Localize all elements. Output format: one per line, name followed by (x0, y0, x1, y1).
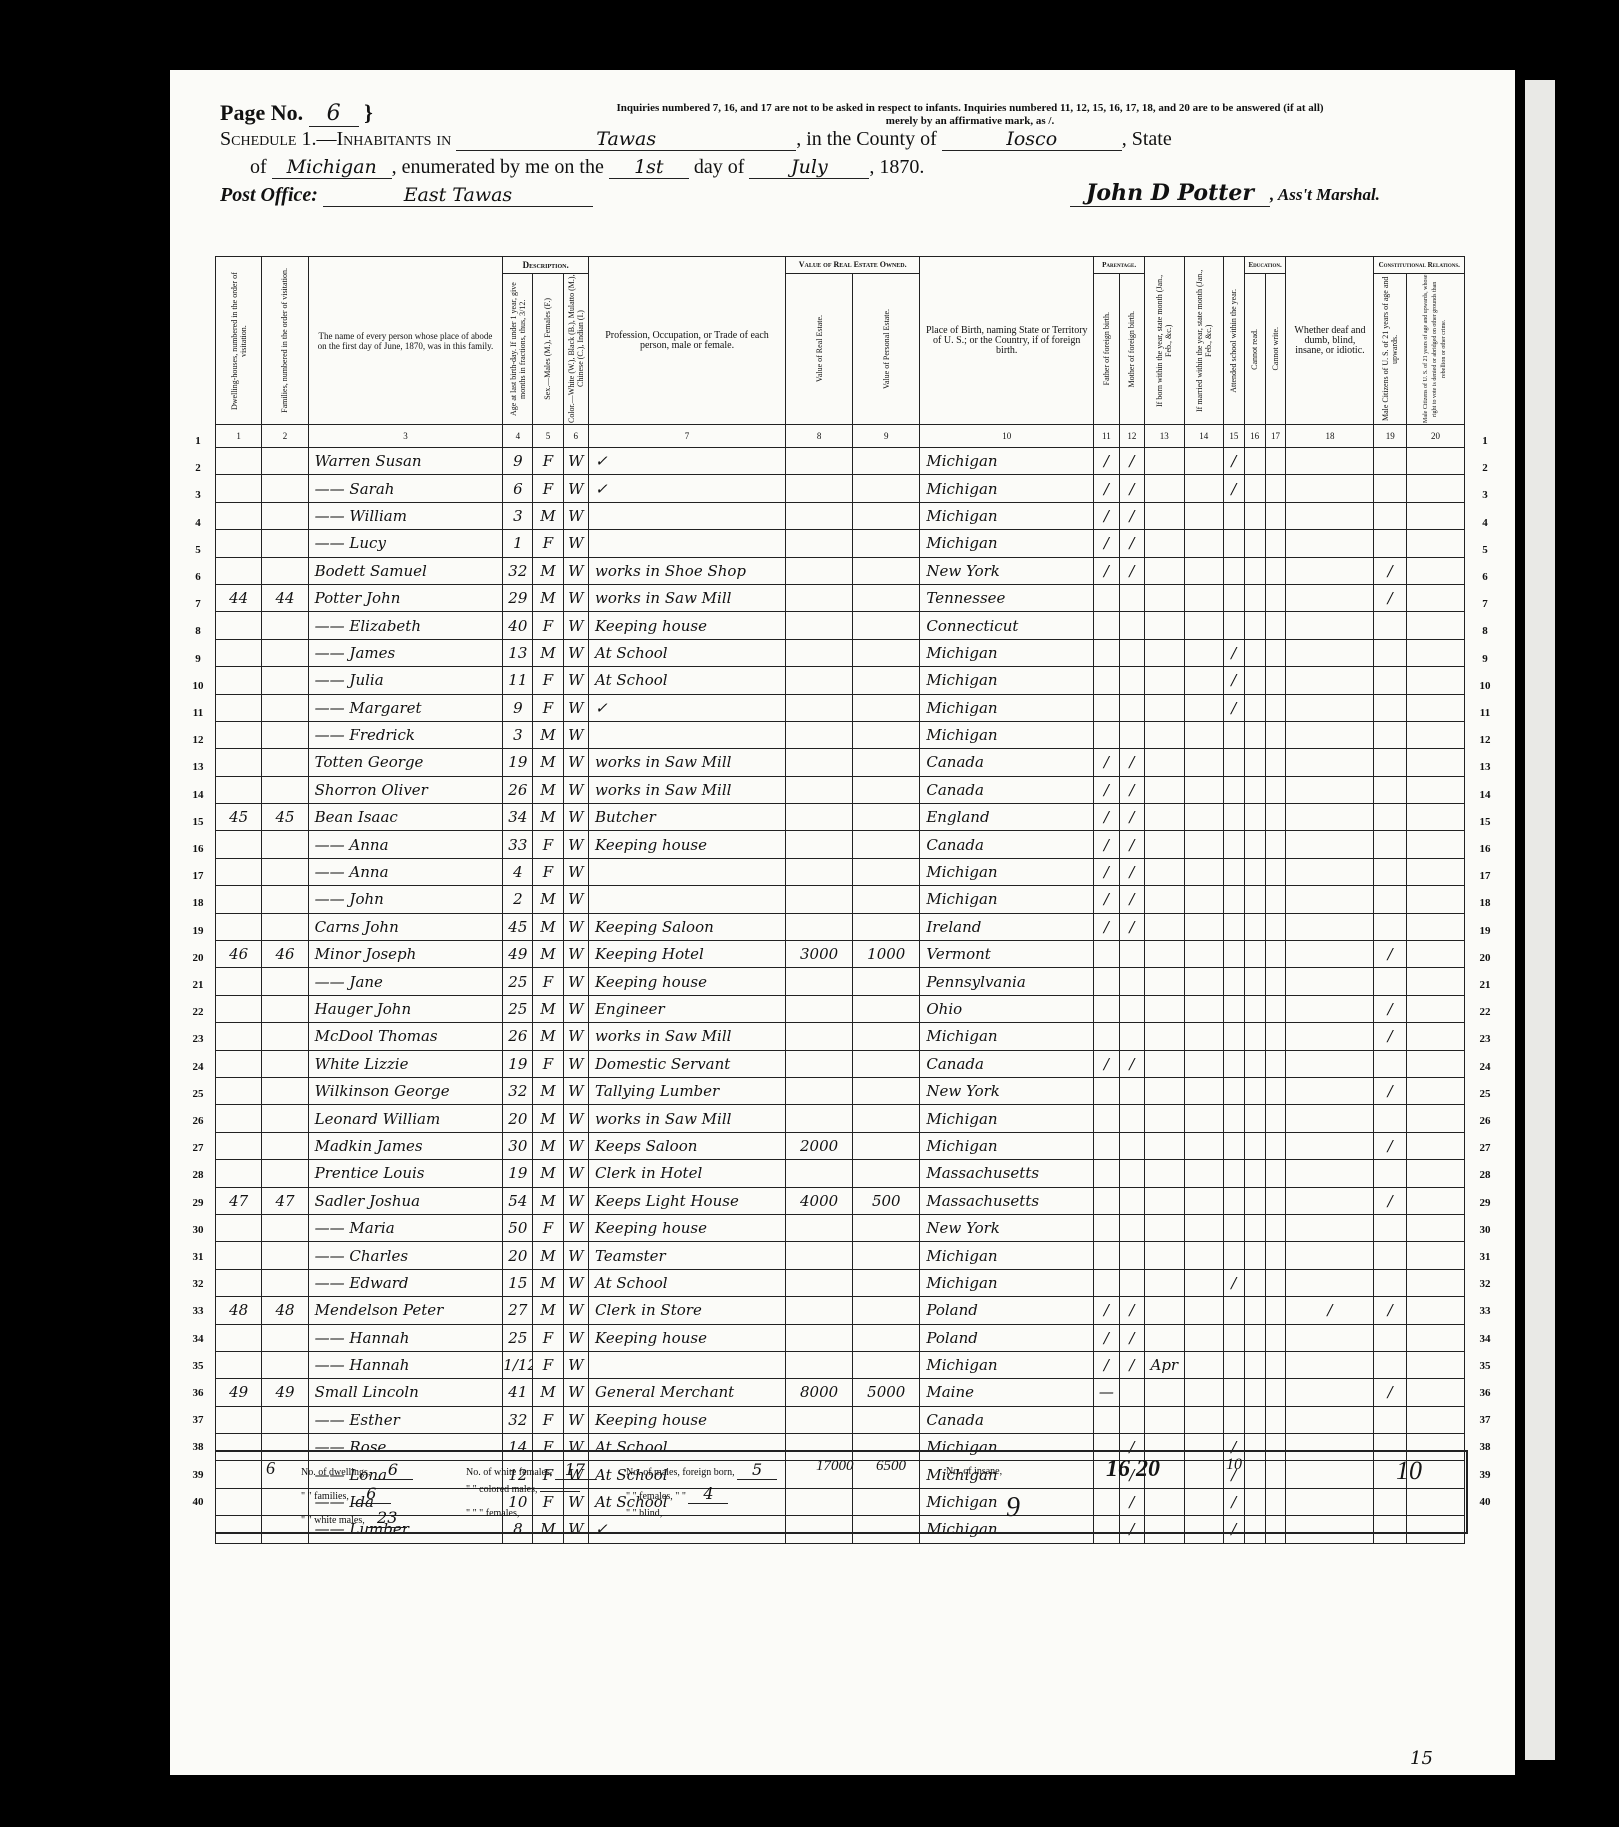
disability (1286, 968, 1374, 995)
male-citizen: / (1374, 557, 1406, 584)
disability (1286, 530, 1374, 557)
census-row: —— Julia11FWAt SchoolMichigan/ (216, 667, 1465, 694)
cannot-write (1265, 1324, 1286, 1351)
vote-denied (1406, 1269, 1464, 1296)
disability (1286, 858, 1374, 885)
dwelling-number (216, 475, 262, 502)
age: 25 (503, 995, 533, 1022)
father-foreign (1094, 1023, 1119, 1050)
mother-foreign (1119, 1269, 1144, 1296)
column-number: 13 (1145, 425, 1184, 448)
year-label: , 1870. (869, 156, 924, 178)
family-number (262, 530, 308, 557)
married-month (1184, 721, 1223, 748)
birthplace: Maine (920, 1379, 1094, 1406)
row-number-left: 4 (188, 517, 208, 529)
cannot-write (1265, 530, 1286, 557)
mother-foreign: / (1119, 1351, 1144, 1378)
mother-foreign: / (1119, 776, 1144, 803)
attended-school (1223, 1379, 1244, 1406)
person-name: —— Jane (308, 968, 503, 995)
attended-school (1223, 1050, 1244, 1077)
attended-school (1223, 831, 1244, 858)
row-number-right: 19 (1475, 925, 1495, 937)
row-number-right: 2 (1475, 462, 1495, 474)
inquiry-note-line1: Inquiries numbered 7, 16, and 17 are not… (460, 102, 1480, 115)
month-field: July (749, 156, 869, 179)
person-name: —— James (308, 639, 503, 666)
person-name: —— Edward (308, 1269, 503, 1296)
born-month (1145, 804, 1184, 831)
mother-foreign (1119, 941, 1144, 968)
person-name: Warren Susan (308, 448, 503, 475)
color: W (563, 749, 589, 776)
census-row: —— William3MWMichigan// (216, 502, 1465, 529)
father-foreign (1094, 584, 1119, 611)
father-foreign (1094, 941, 1119, 968)
attended-school (1223, 584, 1244, 611)
row-number-right: 36 (1475, 1387, 1495, 1399)
vote-denied (1406, 1023, 1464, 1050)
row-number-left: 18 (188, 897, 208, 909)
vote-denied (1406, 475, 1464, 502)
row-number-right: 27 (1475, 1142, 1495, 1154)
attended-school (1223, 886, 1244, 913)
occupation: Teamster (589, 1242, 786, 1269)
disability (1286, 639, 1374, 666)
col16-header: Cannot read. (1244, 274, 1265, 425)
father-foreign: / (1094, 1297, 1119, 1324)
born-month (1145, 1077, 1184, 1104)
col6-header: Color.—White (W.), Black (B.), Mulatto (… (563, 274, 589, 425)
male-citizen: / (1374, 1023, 1406, 1050)
family-number (262, 831, 308, 858)
cannot-read (1244, 941, 1265, 968)
attended-school: / (1223, 448, 1244, 475)
insane-count: No. of insane, (946, 1466, 1002, 1477)
col8-header: Value of Real Estate. (785, 274, 852, 425)
color: W (563, 968, 589, 995)
father-foreign: / (1094, 475, 1119, 502)
family-number (262, 1077, 308, 1104)
attended-school (1223, 530, 1244, 557)
census-row: —— Anna4FWMichigan// (216, 858, 1465, 885)
birthplace: Ireland (920, 913, 1094, 940)
personal-estate-total: 6500 (876, 1458, 906, 1475)
column-number: 8 (785, 425, 852, 448)
person-name: —— Hannah (308, 1351, 503, 1378)
born-month (1145, 584, 1184, 611)
real-estate-value (785, 1023, 852, 1050)
sex: M (533, 1105, 563, 1132)
mother-foreign: / (1119, 557, 1144, 584)
father-foreign (1094, 694, 1119, 721)
cannot-write (1265, 557, 1286, 584)
row-number-right: 11 (1475, 707, 1495, 719)
cannot-write (1265, 968, 1286, 995)
real-estate-value (785, 1351, 852, 1378)
census-row: —— John2MWMichigan// (216, 886, 1465, 913)
person-name: —— Elizabeth (308, 612, 503, 639)
dwelling-number (216, 667, 262, 694)
dwelling-number (216, 749, 262, 776)
age: 19 (503, 1160, 533, 1187)
birthplace: Michigan (920, 530, 1094, 557)
census-row: —— Elizabeth40FWKeeping houseConnecticut (216, 612, 1465, 639)
family-number: 49 (262, 1379, 308, 1406)
col12-header: Mother of foreign birth. (1119, 274, 1144, 425)
disability (1286, 1187, 1374, 1214)
real-estate-value (785, 1297, 852, 1324)
age: 19 (503, 1050, 533, 1077)
cannot-write (1265, 639, 1286, 666)
mother-foreign: / (1119, 475, 1144, 502)
family-number (262, 1324, 308, 1351)
personal-estate-value (853, 1242, 920, 1269)
page-stamp: 15 (1410, 1748, 1433, 1769)
dwelling-number (216, 1351, 262, 1378)
cannot-read (1244, 913, 1265, 940)
row-number-right: 7 (1475, 598, 1495, 610)
married-month (1184, 475, 1223, 502)
column-number: 20 (1406, 425, 1464, 448)
dwelling-number: 46 (216, 941, 262, 968)
color: W (563, 1132, 589, 1159)
sex: F (533, 475, 563, 502)
family-number (262, 1160, 308, 1187)
white-males-count: " " white males, 23 (301, 1508, 407, 1528)
row-number-left: 36 (188, 1387, 208, 1399)
col2-header: Families, numbered in the order of visit… (262, 257, 308, 425)
personal-estate-value (853, 1132, 920, 1159)
vote-denied (1406, 694, 1464, 721)
vote-denied (1406, 557, 1464, 584)
attended-school (1223, 804, 1244, 831)
person-name: —— Anna (308, 831, 503, 858)
row-number-left: 15 (188, 816, 208, 828)
census-row: Hauger John25MWEngineerOhio/ (216, 995, 1465, 1022)
cannot-write (1265, 941, 1286, 968)
dwelling-number (216, 448, 262, 475)
census-row: —— James13MWAt SchoolMichigan/ (216, 639, 1465, 666)
cannot-read (1244, 1077, 1265, 1104)
marshal-label: , Ass't Marshal. (1270, 185, 1380, 204)
age: 32 (503, 1077, 533, 1104)
born-month (1145, 1324, 1184, 1351)
occupation: works in Saw Mill (589, 749, 786, 776)
family-number (262, 995, 308, 1022)
age: 33 (503, 831, 533, 858)
male-citizen: / (1374, 1187, 1406, 1214)
cannot-write (1265, 1351, 1286, 1378)
person-name: —— Margaret (308, 694, 503, 721)
census-row: Leonard William20MWworks in Saw MillMich… (216, 1105, 1465, 1132)
dwelling-number (216, 612, 262, 639)
cannot-read (1244, 1406, 1265, 1433)
dwelling-number (216, 858, 262, 885)
sex: F (533, 667, 563, 694)
row-number-left: 35 (188, 1360, 208, 1372)
row-number-left: 30 (188, 1224, 208, 1236)
dwelling-number (216, 639, 262, 666)
married-month (1184, 1050, 1223, 1077)
column-number: 12 (1119, 425, 1144, 448)
born-month (1145, 530, 1184, 557)
mother-foreign: / (1119, 502, 1144, 529)
cannot-read (1244, 530, 1265, 557)
cannot-read (1244, 1187, 1265, 1214)
dwelling-number (216, 694, 262, 721)
personal-estate-value (853, 886, 920, 913)
census-row: —— Sarah6FW✓Michigan/// (216, 475, 1465, 502)
state-field: Michigan (272, 156, 392, 179)
person-name: Mendelson Peter (308, 1297, 503, 1324)
occupation: Keeping house (589, 1406, 786, 1433)
dwelling-number (216, 1406, 262, 1433)
color: W (563, 995, 589, 1022)
born-month (1145, 968, 1184, 995)
sex: F (533, 831, 563, 858)
occupation: Clerk in Hotel (589, 1160, 786, 1187)
real-estate-value (785, 1324, 852, 1351)
vote-denied (1406, 858, 1464, 885)
census-row: White Lizzie19FWDomestic ServantCanada// (216, 1050, 1465, 1077)
disability (1286, 1269, 1374, 1296)
father-foreign: / (1094, 1324, 1119, 1351)
column-number: 3 (308, 425, 503, 448)
personal-estate-value (853, 1160, 920, 1187)
real-estate-value (785, 913, 852, 940)
row-number-right: 37 (1475, 1414, 1495, 1426)
cannot-read (1244, 995, 1265, 1022)
attended-school: / (1223, 667, 1244, 694)
born-month (1145, 1023, 1184, 1050)
family-number (262, 1242, 308, 1269)
age: 20 (503, 1242, 533, 1269)
born-month (1145, 913, 1184, 940)
census-row: 4646Minor Joseph49MWKeeping Hotel3000100… (216, 941, 1465, 968)
family-number (262, 776, 308, 803)
male-citizen (1374, 1324, 1406, 1351)
color: W (563, 667, 589, 694)
color: W (563, 612, 589, 639)
cannot-read (1244, 502, 1265, 529)
sex: M (533, 1269, 563, 1296)
attended-school (1223, 1242, 1244, 1269)
dwelling-number: 48 (216, 1297, 262, 1324)
disability (1286, 584, 1374, 611)
birthplace: Canada (920, 1406, 1094, 1433)
vote-denied (1406, 941, 1464, 968)
attended-school: / (1223, 639, 1244, 666)
born-month (1145, 995, 1184, 1022)
col19-header: Male Citizens of U. S. of 21 years of ag… (1374, 274, 1406, 425)
row-number-right: 12 (1475, 734, 1495, 746)
birthplace: Michigan (920, 886, 1094, 913)
married-month (1184, 639, 1223, 666)
disability (1286, 913, 1374, 940)
occupation (589, 858, 786, 885)
county-field: Iosco (942, 128, 1122, 151)
attended-school (1223, 968, 1244, 995)
birthplace: Canada (920, 776, 1094, 803)
person-name: Bean Isaac (308, 804, 503, 831)
age: 26 (503, 776, 533, 803)
occupation: works in Saw Mill (589, 1023, 786, 1050)
cannot-read (1244, 1379, 1265, 1406)
age: 6 (503, 475, 533, 502)
married-month (1184, 1379, 1223, 1406)
row-number-right: 4 (1475, 517, 1495, 529)
cannot-read (1244, 831, 1265, 858)
personal-estate-value (853, 995, 920, 1022)
attended-school (1223, 995, 1244, 1022)
row-number-left: 40 (188, 1496, 208, 1508)
row-number-right: 28 (1475, 1169, 1495, 1181)
page-number-value: 6 (309, 101, 359, 127)
real-estate-value (785, 557, 852, 584)
attended-school: / (1223, 475, 1244, 502)
vote-denied (1406, 831, 1464, 858)
row-number-left: 1 (188, 435, 208, 447)
sex: F (533, 1324, 563, 1351)
age: 25 (503, 1324, 533, 1351)
cannot-read (1244, 1297, 1265, 1324)
personal-estate-value (853, 776, 920, 803)
sex: F (533, 968, 563, 995)
disability (1286, 1023, 1374, 1050)
personal-estate-value (853, 1269, 920, 1296)
real-estate-value: 4000 (785, 1187, 852, 1214)
family-number (262, 557, 308, 584)
personal-estate-value: 500 (853, 1187, 920, 1214)
color: W (563, 1160, 589, 1187)
age: 50 (503, 1214, 533, 1241)
male-citizen (1374, 886, 1406, 913)
male-citizen (1374, 475, 1406, 502)
born-month: Apr (1145, 1351, 1184, 1378)
born-month (1145, 557, 1184, 584)
person-name: —— Hannah (308, 1324, 503, 1351)
male-citizen (1374, 858, 1406, 885)
vote-denied (1406, 612, 1464, 639)
real-estate-value (785, 721, 852, 748)
vote-denied (1406, 448, 1464, 475)
birthplace: Michigan (920, 1023, 1094, 1050)
age: 1 (503, 530, 533, 557)
schedule-line: Schedule 1.—Inhabitants in Tawas, in the… (220, 128, 1172, 151)
dwelling-number (216, 721, 262, 748)
color: W (563, 1077, 589, 1104)
person-name: Wilkinson George (308, 1077, 503, 1104)
born-month (1145, 941, 1184, 968)
age: 11 (503, 667, 533, 694)
age: 15 (503, 1269, 533, 1296)
row-number-right: 16 (1475, 843, 1495, 855)
row-number-right: 8 (1475, 625, 1495, 637)
cannot-read (1244, 448, 1265, 475)
summary-section: 6 No. of dwellings, 6 " " families, 6 " … (215, 1450, 1468, 1534)
real-estate-total: 17000 (816, 1458, 854, 1475)
mother-foreign (1119, 1214, 1144, 1241)
dwelling-number: 44 (216, 584, 262, 611)
sex: F (533, 530, 563, 557)
census-row: 4545Bean Isaac34MWButcherEngland// (216, 804, 1465, 831)
family-number (262, 1023, 308, 1050)
color: W (563, 1105, 589, 1132)
census-grid: Dwelling-houses, numbered in the order o… (215, 256, 1465, 1544)
mother-foreign: / (1119, 530, 1144, 557)
census-row: McDool Thomas26MWworks in Saw MillMichig… (216, 1023, 1465, 1050)
cannot-write (1265, 1077, 1286, 1104)
father-foreign (1094, 1242, 1119, 1269)
sex: M (533, 913, 563, 940)
birthplace: New York (920, 1214, 1094, 1241)
person-name: —— Maria (308, 1214, 503, 1241)
male-citizen: / (1374, 995, 1406, 1022)
cannot-read (1244, 1105, 1265, 1132)
dwelling-number (216, 995, 262, 1022)
vote-denied (1406, 968, 1464, 995)
father-foreign: / (1094, 804, 1119, 831)
father-foreign: / (1094, 1351, 1119, 1378)
personal-estate-value (853, 1297, 920, 1324)
occupation: Keeping house (589, 831, 786, 858)
vote-denied (1406, 1214, 1464, 1241)
mother-foreign (1119, 1379, 1144, 1406)
real-estate-value (785, 502, 852, 529)
family-number (262, 858, 308, 885)
occupation: works in Saw Mill (589, 1105, 786, 1132)
male-citizen (1374, 1351, 1406, 1378)
occupation: ✓ (589, 475, 786, 502)
father-foreign: — (1094, 1379, 1119, 1406)
marshal-signature: John D Potter (1070, 180, 1270, 207)
row-number-left: 3 (188, 489, 208, 501)
disability (1286, 1214, 1374, 1241)
family-number (262, 667, 308, 694)
male-citizen (1374, 1214, 1406, 1241)
col5-header: Sex.—Males (M.), Females (F.) (533, 274, 563, 425)
disability (1286, 1379, 1374, 1406)
person-name: White Lizzie (308, 1050, 503, 1077)
birthplace: Michigan (920, 1105, 1094, 1132)
vote-denied (1406, 1406, 1464, 1433)
census-row: —— Maria50FWKeeping houseNew York (216, 1214, 1465, 1241)
birthplace: Pennsylvania (920, 968, 1094, 995)
disability: / (1286, 1297, 1374, 1324)
cannot-write (1265, 1105, 1286, 1132)
sex: M (533, 502, 563, 529)
color: W (563, 557, 589, 584)
column-number: 14 (1184, 425, 1223, 448)
occupation: Keeping house (589, 612, 786, 639)
color: W (563, 530, 589, 557)
sex: M (533, 941, 563, 968)
group-header-row: Dwelling-houses, numbered in the order o… (216, 257, 1465, 274)
dwelling-number (216, 530, 262, 557)
occupation: works in Shoe Shop (589, 557, 786, 584)
county-label: , in the County of (796, 128, 937, 150)
father-foreign (1094, 1132, 1119, 1159)
born-month (1145, 1214, 1184, 1241)
married-month (1184, 694, 1223, 721)
disability (1286, 1105, 1374, 1132)
father-foreign: / (1094, 502, 1119, 529)
birthplace: England (920, 804, 1094, 831)
occupation: General Merchant (589, 1379, 786, 1406)
age: 29 (503, 584, 533, 611)
